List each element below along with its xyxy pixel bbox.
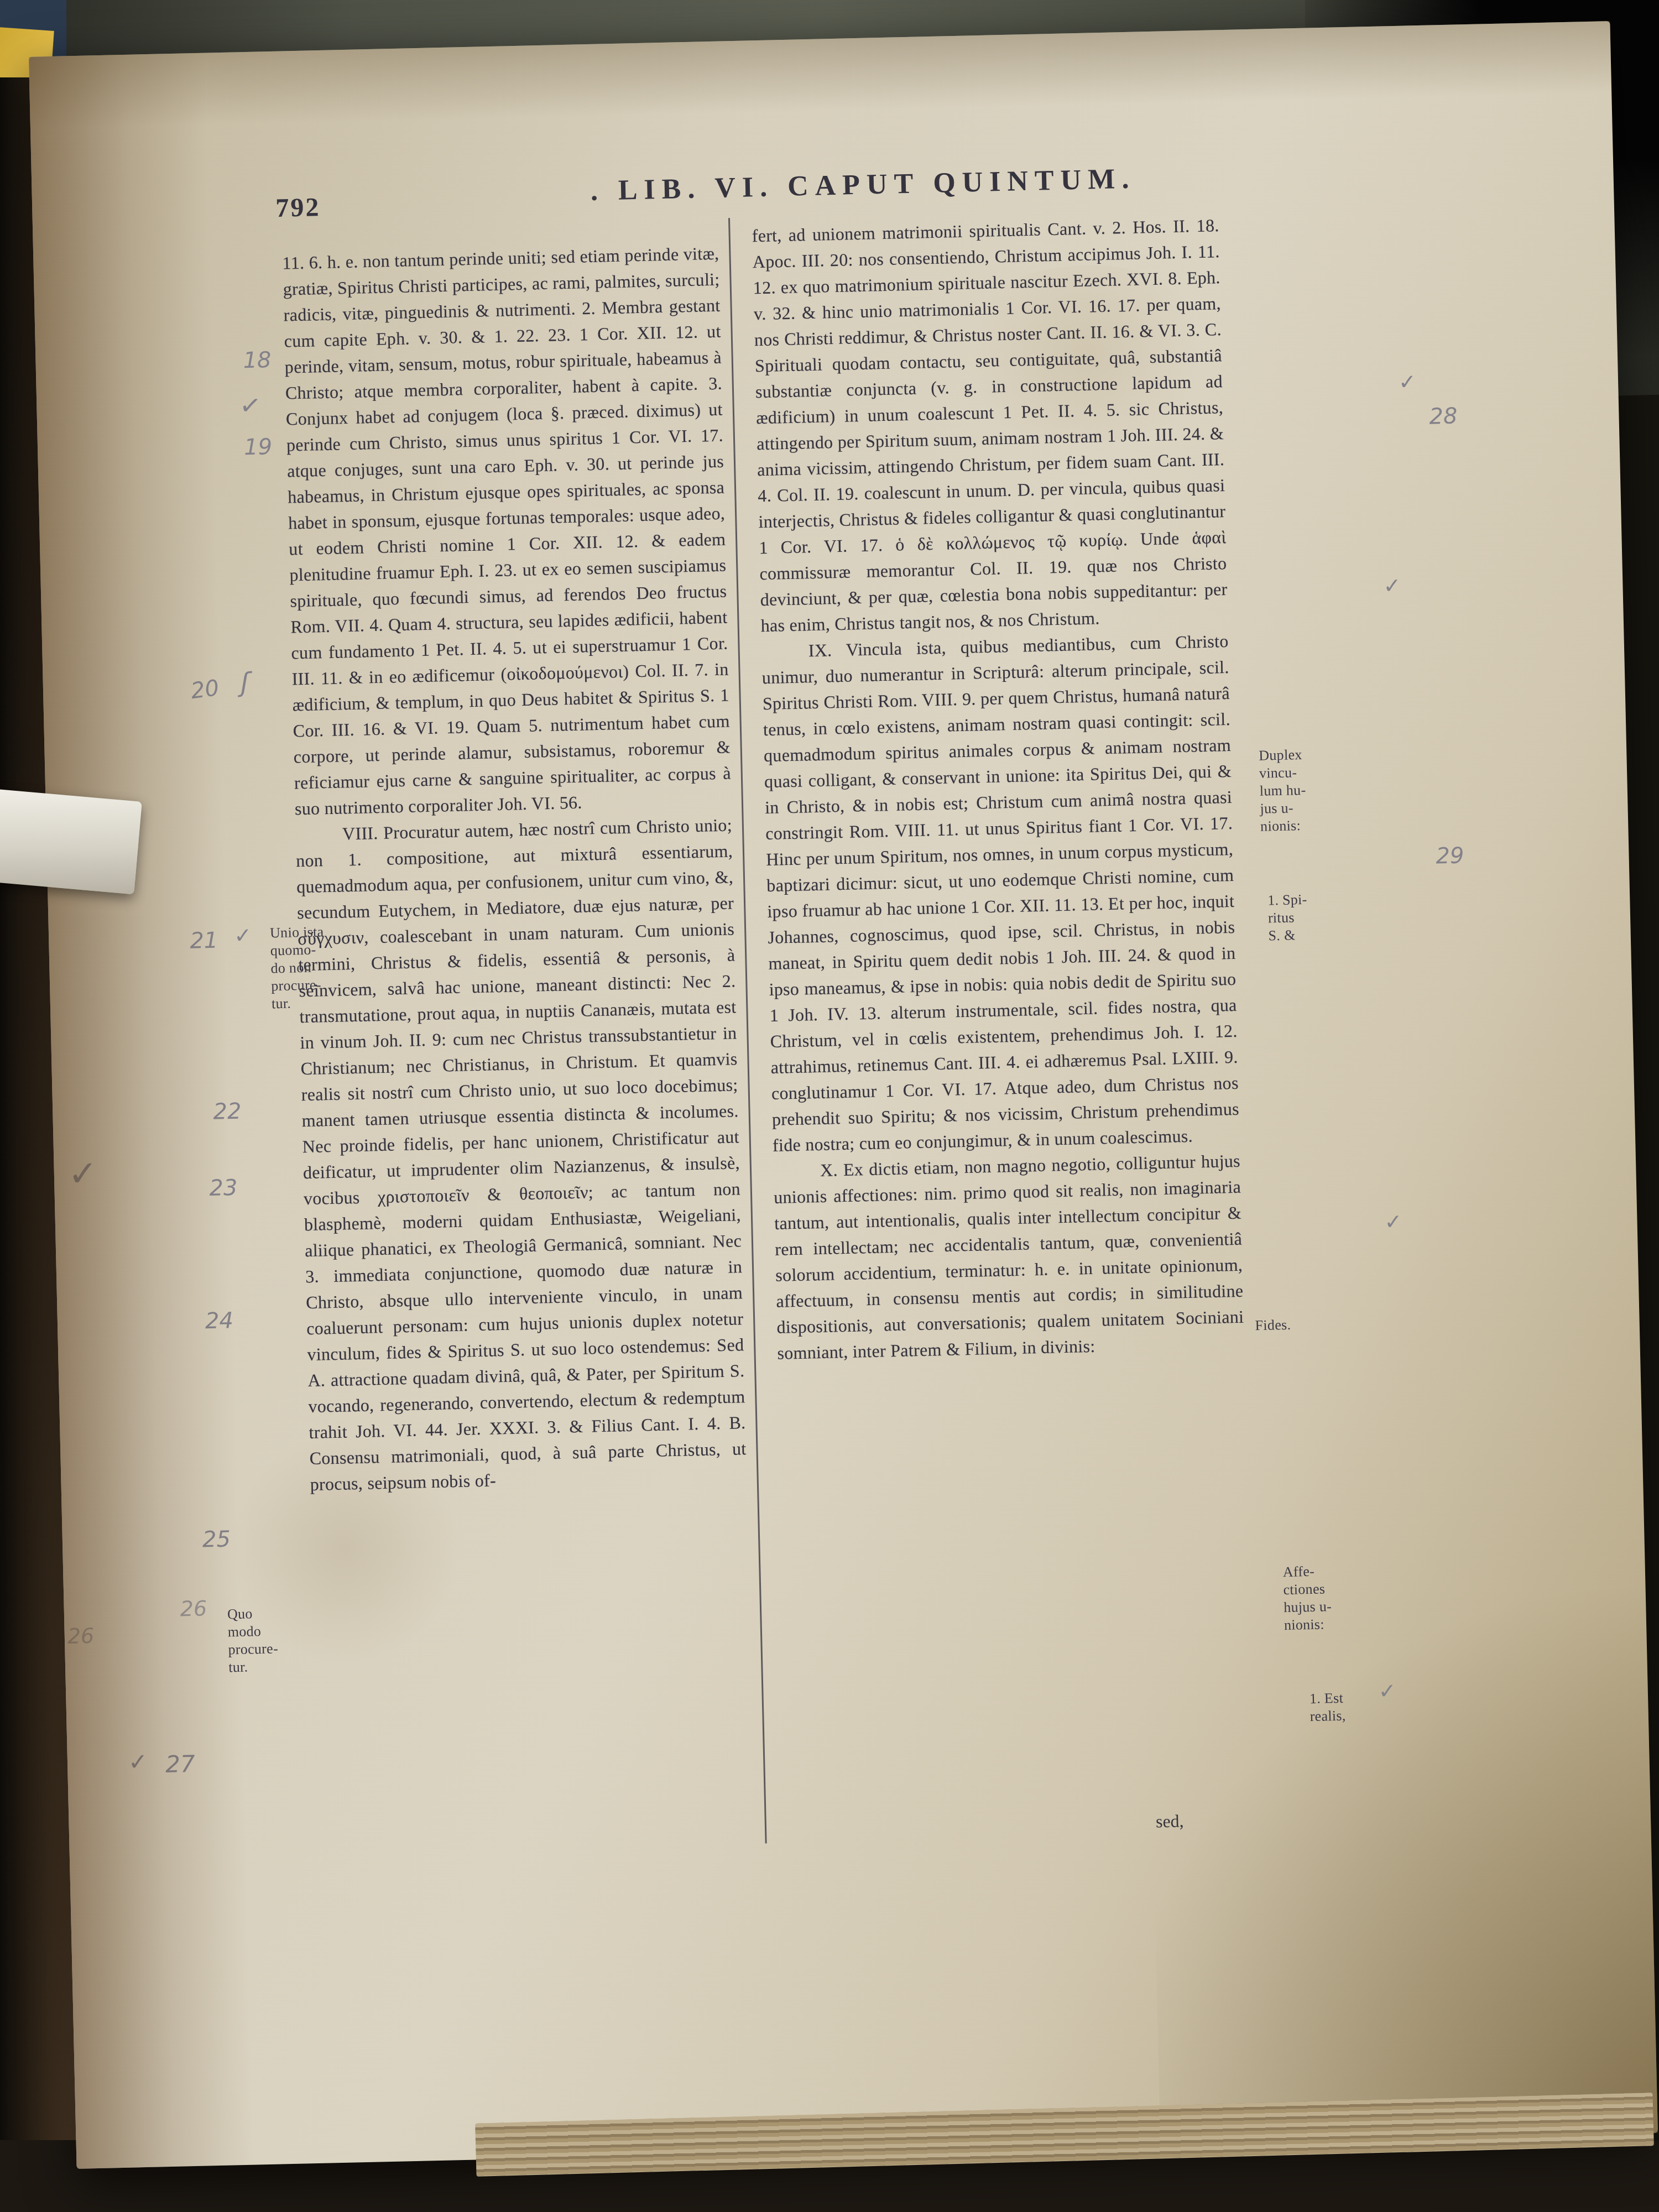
paragraph-ix: IX. Vincula ista, quibus mediantibus, cu… — [761, 628, 1240, 1159]
pencil-stroke: ʃ — [240, 667, 249, 698]
pencil-number-29: 29 — [1436, 843, 1464, 869]
paragraph-x: X. Ex dictis etiam, non magno negotio, c… — [773, 1148, 1245, 1366]
pencil-checkmark: ✓ — [234, 923, 252, 948]
margin-note-affectiones: Affe- ctiones hujus u- nionis: — [1282, 1561, 1389, 1634]
pencil-checkmark: ✓ — [238, 389, 263, 421]
book-photo: 792 . LIB. VI. CAPUT QUINTUM. 11. 6. h. … — [0, 0, 1659, 2212]
pencil-checkmark: ✓ — [1378, 1679, 1396, 1704]
page-number: 792 — [275, 192, 321, 223]
pencil-checkmark: ✓ — [1399, 369, 1417, 394]
margin-note-spiritus: 1. Spi- ritus S. & — [1267, 889, 1368, 945]
book-page: 792 . LIB. VI. CAPUT QUINTUM. 11. 6. h. … — [29, 21, 1658, 2169]
pencil-number-18: 18 — [243, 347, 272, 373]
ribbon-bookmark — [0, 789, 142, 895]
pencil-number-28: 28 — [1429, 403, 1458, 429]
margin-note-fides: Fides. — [1255, 1314, 1355, 1334]
paragraph-viii: VIII. Procuratur autem, hæc nostrî cum C… — [295, 812, 748, 1498]
margin-note-unio-ista: Unio ista quomo- do non procure- tur. — [270, 922, 366, 1013]
paragraph-continuation: fert, ad unionem matrimonii spiritualis … — [752, 212, 1228, 639]
left-text-column: 11. 6. h. e. non tantum perinde uniti; s… — [282, 241, 756, 1887]
running-title: . LIB. VI. CAPUT QUINTUM. — [590, 163, 1136, 207]
catchword: sed, — [1156, 1811, 1184, 1832]
pencil-checkmark: ✓ — [1384, 1209, 1402, 1234]
right-text-column: fert, ad unionem matrimonii spiritualis … — [752, 212, 1256, 1859]
pencil-checkmark: ✓ — [1383, 573, 1401, 598]
pencil-number-19: 19 — [244, 434, 273, 460]
margin-note-duplex-vinculum: Duplex vincu- lum hu- jus u- nionis: — [1259, 745, 1360, 836]
paragraph-continuation: 11. 6. h. e. non tantum perinde uniti; s… — [282, 241, 732, 822]
